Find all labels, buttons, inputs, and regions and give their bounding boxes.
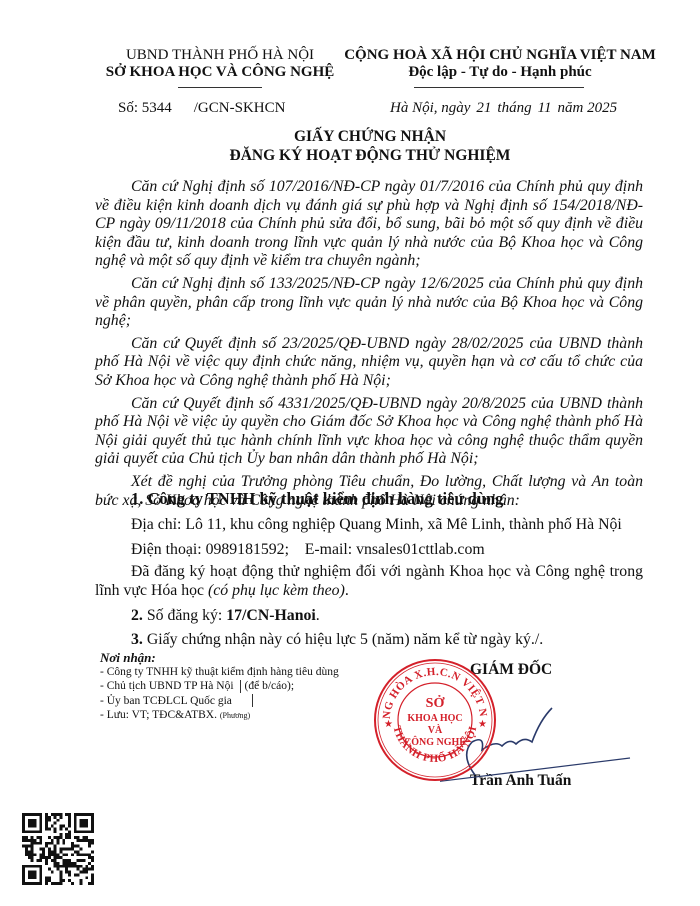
preamble-clause: Căn cứ Nghị định số 133/2025/NĐ-CP ngày … [95, 275, 643, 331]
brace [240, 680, 241, 693]
place-date: Hà Nội, ngày21tháng11năm 2025 [390, 100, 617, 117]
date-day: 21 [476, 100, 491, 116]
title-line-1: GIẤY CHỨNG NHẬN [100, 127, 640, 146]
reg-label: Số đăng ký: [147, 607, 222, 624]
date-year: 2025 [587, 100, 617, 116]
preamble-clause: Căn cứ Nghị định số 107/2016/NĐ-CP ngày … [95, 178, 643, 271]
recipients-heading: Nơi nhận: [100, 651, 339, 665]
nation-block: CỘNG HOÀ XÃ HỘI CHỦ NGHĨA VIỆT NAM Độc l… [330, 47, 670, 81]
issuer-parent: UBND THÀNH PHỐ HÀ NỘI [100, 47, 340, 64]
recipient-item: - Lưu: VT; TĐC&ATBX. (Phương) [100, 708, 339, 723]
reg-value: 17/CN-Hanoi [226, 607, 316, 624]
author-note: (Phương) [220, 711, 250, 720]
svg-text:CÔNG NGHỆ: CÔNG NGHỆ [404, 735, 466, 748]
svg-text:KHOA HỌC: KHOA HỌC [407, 713, 462, 724]
doc-number-label: Số: 5344 [118, 100, 172, 116]
date-month: 11 [538, 100, 552, 116]
scope-note: (có phụ lục kèm theo) [208, 582, 345, 599]
scope-text: Đã đăng ký hoạt động thử nghiệm đối với … [95, 563, 643, 599]
svg-text:★: ★ [384, 719, 393, 730]
company-name: 1. Công ty TNHH kỹ thuật kiểm định hàng … [131, 490, 503, 508]
date-month-label: tháng [497, 100, 531, 116]
company-email: E-mail: vnsales01cttlab.com [305, 541, 485, 558]
doc-number-suffix: /GCN-SKHCN [194, 100, 286, 116]
company-address: Địa chỉ: Lô 11, khu công nghiệp Quang Mi… [131, 516, 622, 534]
recipient-text: - Chủ tịch UBND TP Hà Nội [100, 680, 234, 692]
reg-num-prefix: 2. [131, 607, 143, 624]
issuer-block: UBND THÀNH PHỐ HÀ NỘI SỞ KHOA HỌC VÀ CÔN… [100, 47, 340, 81]
svg-text:VÀ: VÀ [428, 724, 443, 736]
recipients: Nơi nhận: - Công ty TNHH kỹ thuật kiểm đ… [100, 651, 339, 723]
preamble-clause: Căn cứ Quyết định số 4331/2025/QĐ-UBND n… [95, 395, 643, 469]
qr-code [22, 813, 94, 885]
validity-text: Giấy chứng nhận này có hiệu lực 5 (năm) … [147, 631, 543, 648]
preamble: Căn cứ Nghị định số 107/2016/NĐ-CP ngày … [95, 178, 643, 510]
company-contact: Điện thoại: 0989181592; E-mail: vnsales0… [131, 541, 485, 559]
recipient-item: - Công ty TNHH kỹ thuật kiểm định hàng t… [100, 665, 339, 679]
preamble-clause: Căn cứ Quyết định số 23/2025/QĐ-UBND ngà… [95, 335, 643, 391]
company-phone: Điện thoại: 0989181592; [131, 541, 289, 558]
issuer-underline [178, 87, 262, 88]
official-stamp: CỘNG HÒA X.H.C.N VIỆT NAM THÀNH PHỐ HÀ N… [372, 657, 498, 783]
document-title: GIẤY CHỨNG NHẬN ĐĂNG KÝ HOẠT ĐỘNG THỬ NG… [100, 127, 640, 165]
recipient-text: - Lưu: VT; TĐC&ATBX. [100, 709, 217, 721]
motto-underline [414, 87, 584, 88]
recipient-item: - Chủ tịch UBND TP Hà Nội(để b/cáo); [100, 679, 339, 693]
validity-prefix: 3. [131, 631, 143, 648]
date-prefix: Hà Nội, ngày [390, 100, 470, 116]
issuer-name: SỞ KHOA HỌC VÀ CÔNG NGHỆ [100, 64, 340, 81]
nation-name: CỘNG HOÀ XÃ HỘI CHỦ NGHĨA VIỆT NAM [330, 47, 670, 64]
title-line-2: ĐĂNG KÝ HOẠT ĐỘNG THỬ NGHIỆM [100, 146, 640, 165]
svg-text:★: ★ [478, 719, 487, 730]
motto: Độc lập - Tự do - Hạnh phúc [330, 64, 670, 81]
brace [252, 694, 253, 707]
scope-paragraph: Đã đăng ký hoạt động thử nghiệm đối với … [95, 563, 643, 600]
validity: 3. Giấy chứng nhận này có hiệu lực 5 (nă… [131, 631, 543, 649]
date-year-label: năm [557, 100, 583, 116]
svg-text:SỞ: SỞ [426, 694, 446, 711]
brace-note: (để b/cáo); [245, 680, 295, 692]
registration-number: 2. Số đăng ký: 17/CN-Hanoi. [131, 607, 320, 625]
recipient-text: - Ủy ban TCĐLCL Quốc gia [100, 695, 232, 707]
document-number: Số: 5344/GCN-SKHCN [118, 100, 285, 117]
recipient-item: - Ủy ban TCĐLCL Quốc gia [100, 694, 339, 708]
